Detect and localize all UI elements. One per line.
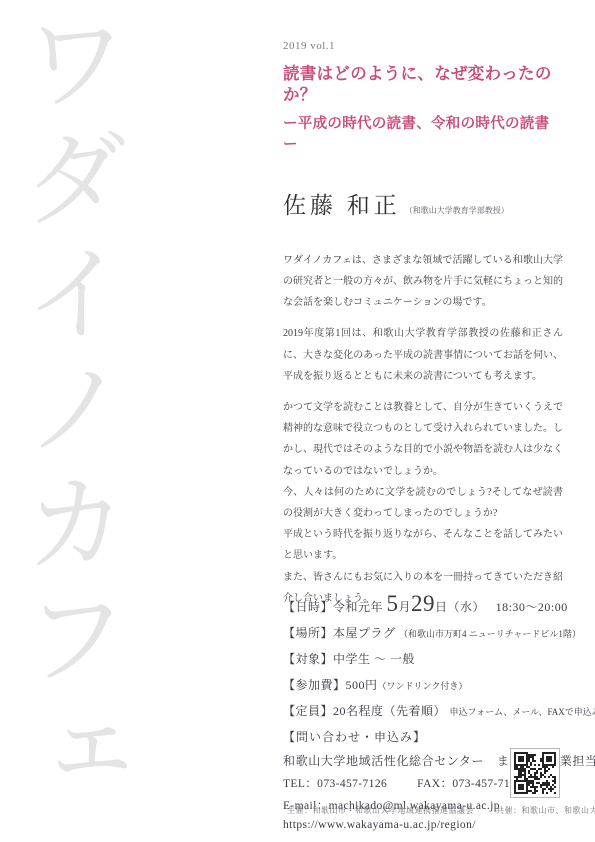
capacity-note: 申込フォーム、メール、FAXで申込み <box>450 707 595 717</box>
footer-organizer: 主催：和歌山市・和歌山大学地域連携推進協議会 <box>287 806 474 815</box>
volume-label: 2019 vol.1 <box>283 40 563 52</box>
footer-credits: 主催：和歌山市・和歌山大学地域連携推進協議会共催：和歌山市、和歌山大学 <box>287 805 595 816</box>
event-subtitle: ー平成の時代の読書、令和の時代の読書ー <box>283 112 563 154</box>
body-text: ワダイノカフェは、さまざまな領域で活躍している和歌山大学の研究者と一般の方々が、… <box>283 250 563 609</box>
paragraph-session: 2019年度第1回は、和歌山大学教育学部教授の佐藤和正さんに、大きな変化のあった… <box>283 323 563 387</box>
datetime-time: 18:30～20:00 <box>496 600 568 614</box>
poster-page: { "colors": { "accent": "#c94b7b", "body… <box>0 0 595 842</box>
detail-audience: 【対象】中学生 ～ 一般 <box>283 650 578 667</box>
fee-label: 【参加費】 <box>283 678 346 692</box>
speaker-name: 佐藤 和正 <box>283 193 401 218</box>
capacity-label: 【定員】 <box>283 704 333 718</box>
audience-value: 中学生 ～ 一般 <box>333 652 415 666</box>
datetime-era: 令和元年 <box>333 600 383 614</box>
paragraph-theme-1: かつて文学を読むことは教養として、自分が生きていくうえで精神的な意味で役立つもの… <box>283 397 563 482</box>
detail-capacity: 【定員】20名程度（先着順） 申込フォーム、メール、FAXで申込み <box>283 702 578 719</box>
paragraph-intro: ワダイノカフェは、さまざまな領域で活躍している和歌山大学の研究者と一般の方々が、… <box>283 250 563 314</box>
detail-datetime: 【日時】令和元年 5月29日（水） 18:30～20:00 <box>283 592 578 615</box>
audience-label: 【対象】 <box>283 652 333 666</box>
paragraph-theme-3: 平成という時代を振り返りながら、そんなことを話してみたいと思います。 <box>283 524 563 566</box>
contact-tel: TEL：073-457-7126 <box>283 775 387 791</box>
contact-fax: FAX：073-457-7133 <box>417 778 522 790</box>
datetime-day: 29 <box>411 591 435 616</box>
detail-place: 【場所】本屋プラグ （和歌山市万町4 ニューリチャードビル1階） <box>283 624 578 641</box>
fee-note: （ワンドリンク付き） <box>378 681 468 691</box>
capacity-value: 20名程度（先着順） <box>333 704 446 718</box>
qr-code <box>510 748 560 798</box>
contact-heading: 【問い合わせ・申込み】 <box>283 728 578 745</box>
speaker-affiliation: （和歌山大学教育学部教授） <box>405 206 509 215</box>
speaker-block: 佐藤 和正（和歌山大学教育学部教授） <box>283 187 563 220</box>
place-value: 本屋プラグ <box>333 626 396 640</box>
event-title: 読書はどのように、なぜ変わったのか？ <box>283 63 563 106</box>
watermark-vertical-title: ワダイノカフェ <box>14 8 120 838</box>
fee-value: 500円 <box>346 678 378 692</box>
detail-fee: 【参加費】500円（ワンドリンク付き） <box>283 676 578 693</box>
datetime-month: 5 <box>387 591 399 616</box>
datetime-day-unit: 日（水） <box>435 600 485 614</box>
event-details: 【日時】令和元年 5月29日（水） 18:30～20:00 【場所】本屋プラグ … <box>283 592 578 837</box>
main-content-column: 2019 vol.1 読書はどのように、なぜ変わったのか？ ー平成の時代の読書、… <box>283 40 563 609</box>
paragraph-theme-2: 今、人々は何のために文学を読むのでしょう?そしてなぜ読書の役割が大きく変わってし… <box>283 482 563 524</box>
datetime-month-unit: 月 <box>399 600 412 614</box>
datetime-label: 【日時】 <box>283 600 333 614</box>
place-note: （和歌山市万町4 ニューリチャードビル1階） <box>399 629 581 639</box>
place-label: 【場所】 <box>283 626 333 640</box>
contact-url: https://www.wakayama-u.ac.jp/region/ <box>283 819 578 831</box>
footer-cosponsor: 共催：和歌山市、和歌山大学 <box>496 806 595 815</box>
